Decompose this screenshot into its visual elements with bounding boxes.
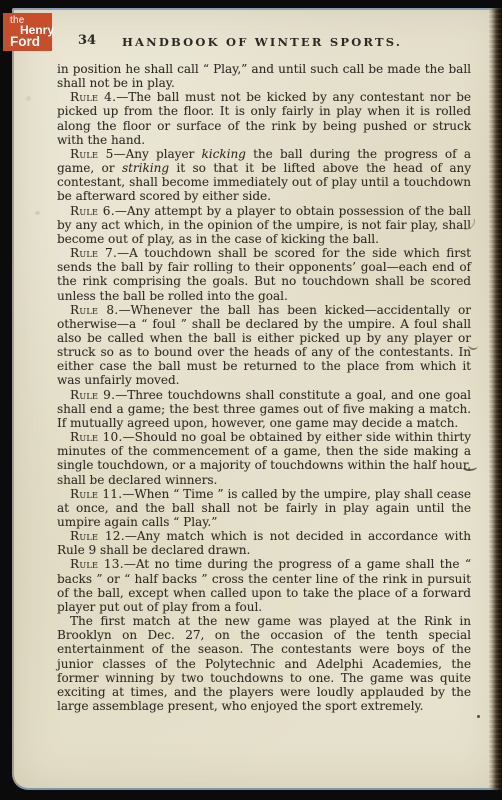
paragraph: Rule 10.—Should no goal be obtained by e… (57, 430, 471, 487)
text-segment: in position he shall call “ Play,” and u… (57, 62, 471, 90)
paper-speck (26, 96, 31, 101)
text-segment: —Any player (114, 147, 202, 161)
body-text: in position he shall call “ Play,” and u… (57, 62, 471, 713)
paragraph: Rule 12.—Any match which is not decided … (57, 529, 471, 557)
paragraph: The first match at the new game was play… (57, 614, 471, 713)
text-segment: kicking (202, 147, 246, 161)
paragraph: Rule 9.—Three touchdowns shall constitut… (57, 388, 471, 430)
rule-label: Rule 7. (70, 246, 117, 260)
paper-speck (35, 211, 40, 215)
paragraph: Rule 5—Any player kicking the ball durin… (57, 147, 471, 204)
rule-label: Rule 9. (70, 388, 115, 402)
book-fore-edge (489, 8, 502, 790)
rule-label: Rule 13. (70, 557, 124, 571)
text-segment: —Any attempt by a player to obtain posse… (57, 204, 471, 246)
text-segment: —Whenever the ball has been kicked—accid… (57, 303, 471, 388)
rule-label: Rule 4. (70, 90, 116, 104)
logo-word-ford: Ford (10, 34, 40, 49)
paragraph: Rule 7.—A touchdown shall be scored for … (57, 246, 471, 303)
running-head: HANDBOOK OF WINTER SPORTS. (60, 35, 464, 49)
paragraph: in position he shall call “ Play,” and u… (57, 62, 471, 90)
henry-ford-logo: the Henry Ford (3, 13, 52, 51)
rule-label: Rule 12. (70, 529, 125, 543)
text-segment: striking (122, 161, 169, 175)
text-segment: —A touchdown shall be scored for the sid… (57, 246, 471, 302)
rule-label: Rule 10. (70, 430, 123, 444)
paragraph: Rule 8.—Whenever the ball has been kicke… (57, 303, 471, 388)
scanned-book-photo: the Henry Ford 34 HANDBOOK OF WINTER SPO… (0, 0, 502, 800)
paragraph: Rule 4.—The ball must not be kicked by a… (57, 90, 471, 147)
rule-label: Rule 5 (70, 147, 114, 161)
paragraph: Rule 13.—At no time during the progress … (57, 557, 471, 614)
rule-label: Rule 8. (70, 303, 118, 317)
paper-speck (477, 715, 480, 718)
text-segment: The first match at the new game was play… (57, 614, 471, 713)
rule-label: Rule 11. (70, 487, 122, 501)
text-segment: —The ball must not be kicked by any cont… (57, 90, 471, 146)
paragraph: Rule 11.—When “ Time ” is called by the … (57, 487, 471, 529)
rule-label: Rule 6. (70, 204, 115, 218)
text-segment: —Three touchdowns shall constitute a goa… (57, 388, 471, 430)
paragraph: Rule 6.—Any attempt by a player to obtai… (57, 204, 471, 246)
